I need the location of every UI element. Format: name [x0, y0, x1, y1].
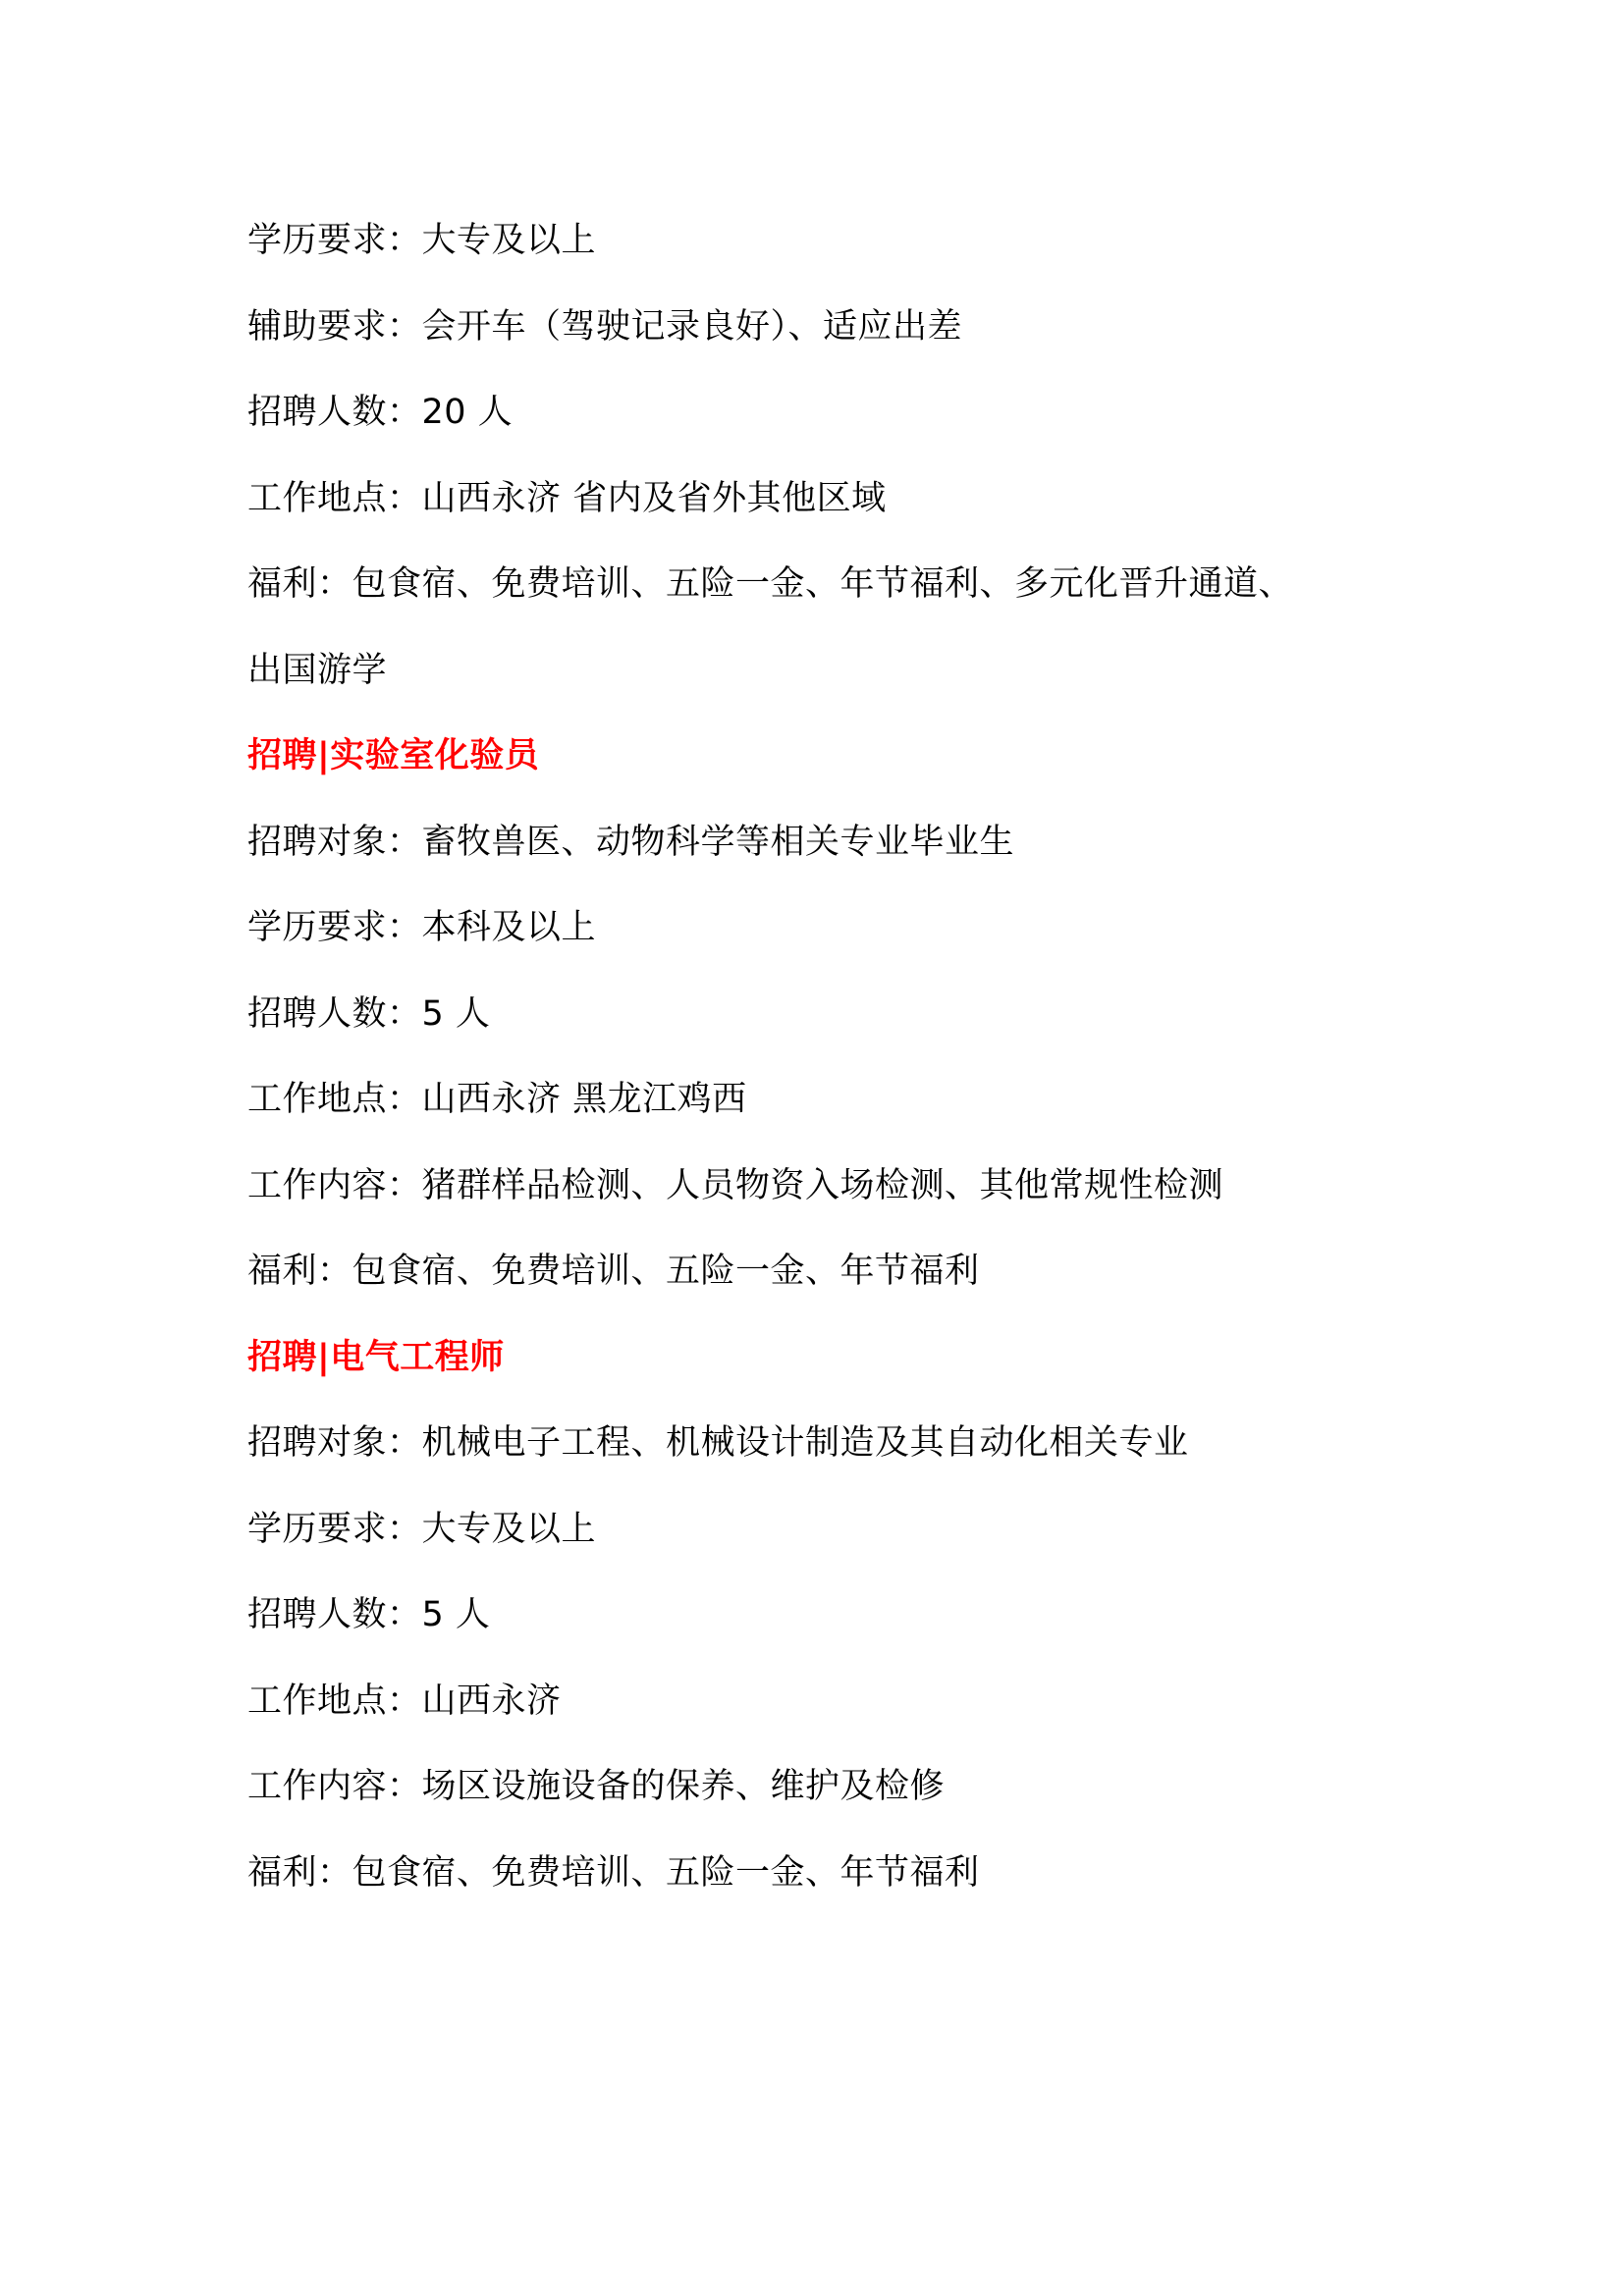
field-label: 工作内容：: [247, 1166, 422, 1205]
field-value: 大专及以上: [422, 221, 597, 260]
field-value: 会开车（驾驶记录良好）、适应出差: [422, 307, 963, 347]
field-value: 大专及以上: [422, 1510, 597, 1549]
headcount: 招聘人数：5 人: [247, 988, 1426, 1074]
field-value: 机械电子工程、机械设计制造及其自动化相关专业: [422, 1423, 1189, 1463]
education-requirement: 学历要求：大专及以上: [247, 1503, 1426, 1589]
headcount: 招聘人数：20 人: [247, 386, 1426, 472]
job-duties: 工作内容：猪群样品检测、人员物资入场检测、其他常规性检测: [247, 1159, 1426, 1246]
education-requirement: 学历要求：大专及以上: [247, 214, 1426, 300]
field-label: 福利：: [247, 564, 352, 604]
extra-requirement: 辅助要求：会开车（驾驶记录良好）、适应出差: [247, 300, 1426, 387]
field-value: 场区设施设备的保养、维护及检修: [422, 1767, 946, 1806]
section-heading-electrical-engineer: 招聘|电气工程师: [247, 1331, 1426, 1417]
field-value: 本科及以上: [422, 908, 597, 947]
field-label: 招聘人数：: [247, 1595, 422, 1634]
field-label: 招聘人数：: [247, 994, 422, 1034]
job-duties: 工作内容：场区设施设备的保养、维护及检修: [247, 1760, 1426, 1846]
field-value: 5 人: [422, 994, 491, 1034]
field-value: 山西永济: [422, 1682, 562, 1721]
field-label: 招聘对象：: [247, 823, 422, 862]
field-label: 学历要求：: [247, 908, 422, 947]
field-label: 工作地点：: [247, 1682, 422, 1721]
field-label: 工作地点：: [247, 479, 422, 518]
benefits-continued: 出国游学: [247, 644, 1426, 730]
headcount: 招聘人数：5 人: [247, 1588, 1426, 1675]
field-value: 包食宿、免费培训、五险一金、年节福利: [352, 1252, 980, 1291]
field-label: 招聘对象：: [247, 1423, 422, 1463]
field-label: 工作内容：: [247, 1767, 422, 1806]
field-value: 包食宿、免费培训、五险一金、年节福利: [352, 1853, 980, 1893]
field-label: 招聘人数：: [247, 393, 422, 432]
document-page: 学历要求：大专及以上 辅助要求：会开车（驾驶记录良好）、适应出差 招聘人数：20…: [247, 214, 1426, 1932]
field-value: 包食宿、免费培训、五险一金、年节福利、多元化晋升通道、: [352, 564, 1294, 604]
recruitment-target: 招聘对象：机械电子工程、机械设计制造及其自动化相关专业: [247, 1416, 1426, 1503]
field-value: 5 人: [422, 1595, 491, 1634]
recruitment-target: 招聘对象：畜牧兽医、动物科学等相关专业毕业生: [247, 816, 1426, 902]
field-value: 20 人: [422, 393, 514, 432]
education-requirement: 学历要求：本科及以上: [247, 901, 1426, 988]
field-value: 畜牧兽医、动物科学等相关专业毕业生: [422, 823, 1015, 862]
field-value: 山西永济 省内及省外其他区域: [422, 479, 887, 518]
section-heading-lab-technician: 招聘|实验室化验员: [247, 729, 1426, 816]
field-label: 福利：: [247, 1853, 352, 1893]
work-location: 工作地点：山西永济 黑龙江鸡西: [247, 1073, 1426, 1159]
benefits: 福利：包食宿、免费培训、五险一金、年节福利、多元化晋升通道、: [247, 558, 1426, 644]
field-label: 学历要求：: [247, 1510, 422, 1549]
field-value: 猪群样品检测、人员物资入场检测、其他常规性检测: [422, 1166, 1224, 1205]
benefits: 福利：包食宿、免费培训、五险一金、年节福利: [247, 1245, 1426, 1331]
field-label: 辅助要求：: [247, 307, 422, 347]
field-label: 福利：: [247, 1252, 352, 1291]
field-label: 工作地点：: [247, 1080, 422, 1119]
benefits: 福利：包食宿、免费培训、五险一金、年节福利: [247, 1846, 1426, 1933]
field-value: 山西永济 黑龙江鸡西: [422, 1080, 747, 1119]
work-location: 工作地点：山西永济: [247, 1675, 1426, 1761]
field-label: 学历要求：: [247, 221, 422, 260]
work-location: 工作地点：山西永济 省内及省外其他区域: [247, 472, 1426, 559]
